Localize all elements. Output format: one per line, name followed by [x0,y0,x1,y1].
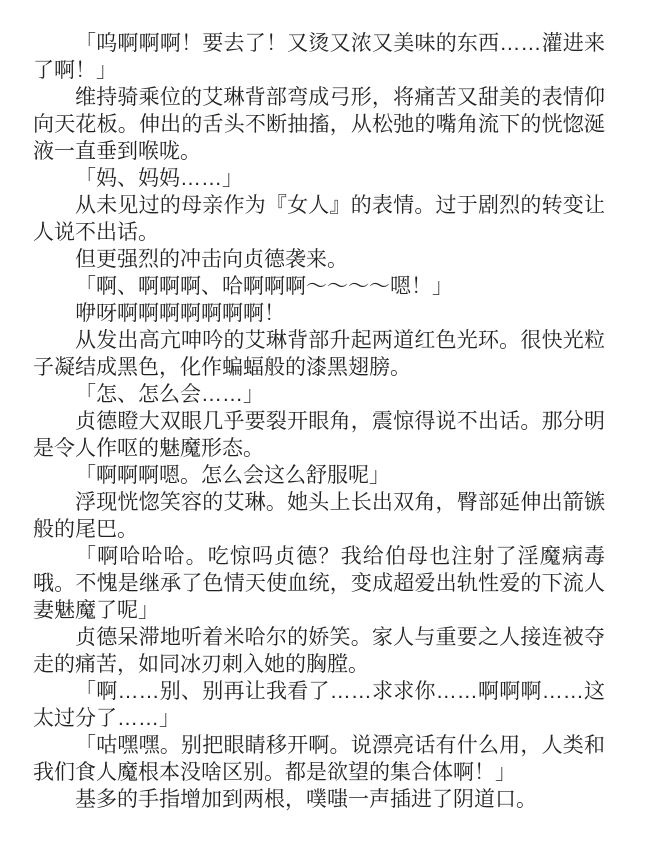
reader-page: 「呜啊啊啊！要去了！又烫又浓又美味的东西……灌进来了啊！」维持骑乘位的艾琳背部弯… [0,0,650,850]
paragraph: 「怎、怎么会……」 [33,381,605,408]
paragraph: 「啊哈哈哈。吃惊吗贞德？我给伯母也注射了淫魔病毒哦。不愧是继承了色情天使血统，变… [33,543,605,624]
paragraph: 「啊啊啊嗯。怎么会这么舒服呢」 [33,462,605,489]
paragraph: 「妈、妈妈……」 [33,165,605,192]
paragraph: 维持骑乘位的艾琳背部弯成弓形，将痛苦又甜美的表情仰向天花板。伸出的舌头不断抽搐，… [33,84,605,165]
paragraph: 「啊、啊啊啊、哈啊啊啊～～～～嗯！」 [33,273,605,300]
text-column: 「呜啊啊啊！要去了！又烫又浓又美味的东西……灌进来了啊！」维持骑乘位的艾琳背部弯… [33,30,605,813]
paragraph: 「咕嘿嘿。别把眼睛移开啊。说漂亮话有什么用，人类和我们食人魔根本没啥区别。都是欲… [33,732,605,786]
paragraph: 基多的手指增加到两根，噗嗤一声插进了阴道口。 [33,786,605,813]
paragraph: 咿呀啊啊啊啊啊啊啊！ [33,300,605,327]
paragraph: 贞德瞪大双眼几乎要裂开眼角，震惊得说不出话。那分明是令人作呕的魅魔形态。 [33,408,605,462]
paragraph: 浮现恍惚笑容的艾琳。她头上长出双角，臀部延伸出箭镞般的尾巴。 [33,489,605,543]
paragraph: 「啊……别、别再让我看了……求求你……啊啊啊……这太过分了……」 [33,678,605,732]
paragraph: 「呜啊啊啊！要去了！又烫又浓又美味的东西……灌进来了啊！」 [33,30,605,84]
paragraph: 贞德呆滞地听着米哈尔的娇笑。家人与重要之人接连被夺走的痛苦，如同冰刃刺入她的胸膛… [33,624,605,678]
paragraph: 从发出高亢呻吟的艾琳背部升起两道红色光环。很快光粒子凝结成黑色，化作蝙蝠般的漆黑… [33,327,605,381]
paragraph: 从未见过的母亲作为『女人』的表情。过于剧烈的转变让人说不出话。 [33,192,605,246]
paragraph: 但更强烈的冲击向贞德袭来。 [33,246,605,273]
